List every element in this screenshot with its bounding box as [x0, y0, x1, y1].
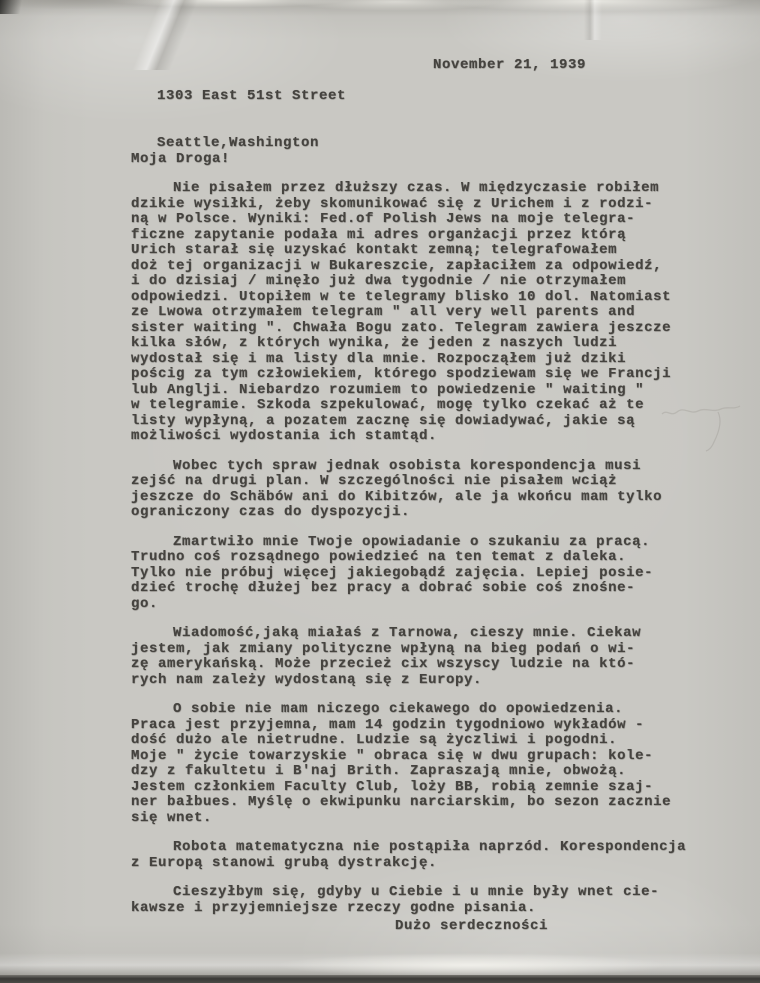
letter-line: w telegramie. Szkoda szpekulować, mogę t…: [131, 398, 691, 414]
paragraph: O sobie nie mam niczego ciekawego do opo…: [131, 702, 691, 826]
letter-line: Robota matematyczna nie postąpiła naprzó…: [131, 840, 691, 856]
letter-line: dzikie wysiłki, żeby skomunikować się z …: [131, 197, 691, 213]
paper-curl-highlight: [0, 953, 760, 975]
salutation: Moja Droga!: [131, 152, 230, 168]
letter-line: rych nam zależy wydostaną się z Europy.: [131, 673, 691, 689]
letter-line: pościg za tym człowiekiem, którego spodz…: [131, 367, 691, 383]
paragraph: Nie pisałem przez dłuższy czas. W między…: [131, 181, 691, 445]
letter-body: Nie pisałem przez dłuższy czas. W między…: [131, 181, 691, 930]
paragraph: Wobec tych spraw jednak osobista korespo…: [131, 459, 691, 521]
scan-edge-shadow: [0, 975, 760, 983]
letter-line: dzy z fakultetu i B'naj Brith. Zapraszaj…: [131, 764, 691, 780]
letter-line: ficzne zapytanie podała mi adres organża…: [131, 228, 691, 244]
letter-line: ną w Polsce. Wyniki: Fed.of Polish Jews …: [131, 212, 691, 228]
address-line: 1303 East 51st Street: [157, 89, 346, 105]
letter-line: go.: [131, 597, 691, 613]
letter-line: Jestem członkiem Faculty Club, loży BB, …: [131, 780, 691, 796]
letter-line: zę amerykańską. Może przecież cix wszysc…: [131, 657, 691, 673]
letter-line: O sobie nie mam niczego ciekawego do opo…: [131, 702, 691, 718]
letter-line: się wnet.: [131, 811, 691, 827]
letter-line: jeszcze do Schäbów ani do Kibitzów, ale …: [131, 490, 691, 506]
letter-line: ner bałbues. Myślę o ekwipunku narciarsk…: [131, 795, 691, 811]
paragraph: Robota matematyczna nie postąpiła naprzó…: [131, 840, 691, 871]
letter-line: doż tej organizacji w Bukareszcie, zapła…: [131, 259, 691, 275]
letter-line: jestem, jak zmiany polityczne wpłyną na …: [131, 642, 691, 658]
letter-line: Wobec tych spraw jednak osobista korespo…: [131, 459, 691, 475]
letter-line: i do dzisiaj / minęło już dwa tygodnie /…: [131, 274, 691, 290]
letter-page: 1303 East 51st Street Seattle,Washington…: [0, 0, 760, 983]
letter-line: ze Lwowa otrzymałem telegram " all very …: [131, 305, 691, 321]
letter-line: dzieć trochę dłużej bez pracy a dobrać s…: [131, 581, 691, 597]
letter-line: Tylko nie próbuj więcej jakiegobądź zaję…: [131, 566, 691, 582]
paragraph: Zmartwiło mnie Twoje opowiadanie o szuka…: [131, 535, 691, 613]
letter-line: kilka słów, z których wynika, że jeden z…: [131, 336, 691, 352]
letter-line: możliwości wydostania ich stamtąd.: [131, 429, 691, 445]
letter-line: kawsze i przyjemniejsze rzeczy godne pis…: [131, 901, 691, 917]
pencil-annotation-squiggle: [658, 398, 754, 456]
paragraph: Cieszyłbym się, gdyby u Ciebie i u mnie …: [131, 885, 691, 916]
address-line: Seattle,Washington: [157, 136, 346, 152]
letter-line: odpowiedzi. Utopiłem w te telegramy blis…: [131, 290, 691, 306]
paragraph: Wiadomość,jaką miałaś z Tarnowa, cieszy …: [131, 626, 691, 688]
letter-line: sister waiting ". Chwała Bogu zato. Tele…: [131, 321, 691, 337]
paper-crease: [560, 0, 620, 40]
letter-line: z Europą stanowi grubą dystrakcję.: [131, 856, 691, 872]
letter-line: Zmartwiło mnie Twoje opowiadanie o szuka…: [131, 535, 691, 551]
letter-line: dość dużo ale nietrudne. Ludzie są życzl…: [131, 733, 691, 749]
letter-line: Wiadomość,jaką miałaś z Tarnowa, cieszy …: [131, 626, 691, 642]
closing-line: Dużo serdeczności: [395, 919, 548, 935]
letter-line: lub Anglji. Niebardzo rozumiem to powied…: [131, 383, 691, 399]
letter-line: Urich starał się uzyskać kontakt zemną; …: [131, 243, 691, 259]
letter-line: Nie pisałem przez dłuższy czas. W między…: [131, 181, 691, 197]
letter-line: Praca jest przyjemna, mam 14 godzin tygo…: [131, 718, 691, 734]
letter-line: Moje " życie towarzyskie " obraca się w …: [131, 749, 691, 765]
letter-line: ograniczony czas do dyspozycji.: [131, 505, 691, 521]
letter-line: wydostał się i ma listy dla mnie. Rozpoc…: [131, 352, 691, 368]
letter-line: zejść na drugi plan. W szczególności nie…: [131, 474, 691, 490]
letter-line: listy wypłyną, a pozatem zacznę się dowi…: [131, 414, 691, 430]
letter-date: November 21, 1939: [433, 58, 586, 74]
letter-line: Cieszyłbym się, gdyby u Ciebie i u mnie …: [131, 885, 691, 901]
letter-line: Trudno coś rozsądnego powiedzieć na ten …: [131, 550, 691, 566]
